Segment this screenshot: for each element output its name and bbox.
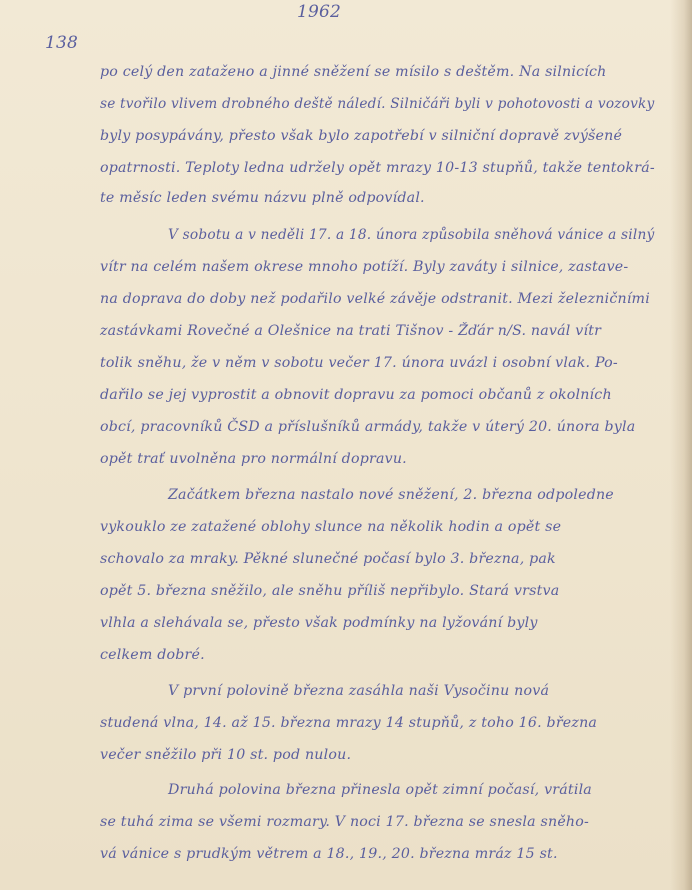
- text-line: na doprava do doby než podařilo velké zá…: [100, 291, 650, 307]
- text-line: se tvořilo vlivem drobného deště náledí.…: [100, 96, 654, 112]
- text-line: po celý den zatažено a jinné sněžení se …: [100, 64, 606, 80]
- text-line: byly posypávány, přesto však bylo zapotř…: [100, 128, 622, 144]
- text-line: studená vlna, 14. až 15. března mrazy 14…: [100, 715, 597, 731]
- page-number: 138: [45, 33, 78, 53]
- text-line: V první polovině března zasáhla naši Vys…: [168, 683, 549, 699]
- text-line: opět 5. března sněžilo, ale sněhu příliš…: [100, 583, 559, 599]
- text-line: vítr na celém našem okrese mnoho potíží.…: [100, 259, 628, 275]
- text-line: se tuhá zima se všemi rozmary. V noci 17…: [100, 814, 589, 830]
- text-line: tolik sněhu, že v něm v sobotu večer 17.…: [100, 355, 618, 371]
- text-line: obcí, pracovníků ČSD a příslušníků armád…: [100, 419, 635, 435]
- text-line: celkem dobré.: [100, 647, 205, 663]
- year-heading: 1962: [297, 2, 341, 22]
- text-line: dařilo se jej vyprostit a obnovit doprav…: [100, 387, 612, 403]
- text-line: vykouklo ze zatažené oblohy slunce na ně…: [100, 519, 561, 535]
- text-line: opět trať uvolněna pro normální dopravu.: [100, 451, 407, 467]
- text-line: opatrnosti. Teploty ledna udržely opět m…: [100, 160, 655, 176]
- text-line: V sobotu a v neděli 17. a 18. února způs…: [168, 227, 654, 243]
- text-line: zastávkami Rovečné a Olešnice na trati T…: [100, 323, 601, 339]
- text-line: Začátkem března nastalo nové sněžení, 2.…: [168, 487, 614, 503]
- text-line: Druhá polovina března přinesla opět zimn…: [168, 782, 592, 798]
- text-line: schovalo za mraky. Pěkné slunečné počasí…: [100, 551, 556, 567]
- text-line: te měsíc leden svému názvu plně odpovída…: [100, 190, 425, 206]
- text-line: vlhla a slehávala se, přesto však podmín…: [100, 615, 538, 631]
- text-line: vá vánice s prudkým větrem a 18., 19., 2…: [100, 846, 558, 862]
- chronicle-page: 1962 138 po celý den zatažено a jinné sn…: [0, 0, 692, 890]
- text-line: večer sněžilo při 10 st. pod nulou.: [100, 747, 351, 763]
